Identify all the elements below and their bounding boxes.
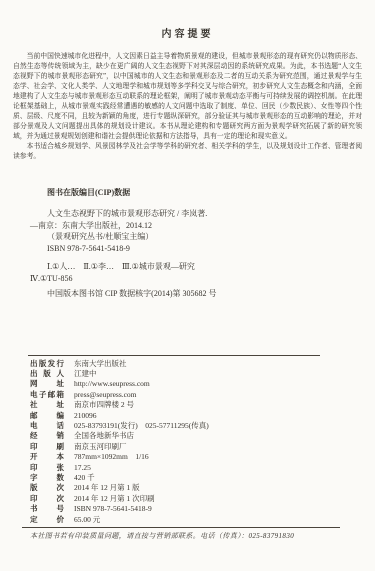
row-label: 字数 xyxy=(30,473,64,483)
row-value: 全国各地新华书店 xyxy=(74,431,134,440)
row-value: 025-83793191(发行) 025-57711295(传真) xyxy=(74,421,209,430)
cip-title-line: 人文生态视野下的城市景观形态研究 / 李岚著. xyxy=(30,208,355,220)
row-value: 17.25 xyxy=(74,463,91,472)
cip-classification-line: Ⅰ.①人… Ⅱ.①李… Ⅲ.①城市景观—研究 xyxy=(30,261,355,273)
colophon-row-distribution: 经销全国各地新华书店 xyxy=(30,431,375,441)
row-label: 开本 xyxy=(30,452,64,462)
cip-isbn-line: ISBN 978-7-5641-5418-9 xyxy=(30,243,355,255)
row-value: http://www.seupress.com xyxy=(74,379,150,388)
colophon-row-publisher-person: 出版人江建中 xyxy=(30,369,375,379)
colophon-row-format: 开本787mm×1092mm 1/16 xyxy=(30,452,375,462)
row-value: 210096 xyxy=(74,411,97,420)
colophon-top-rule xyxy=(28,355,320,356)
row-label: 印张 xyxy=(30,463,64,473)
row-value: ISBN 978-7-5641-5418-9 xyxy=(74,504,152,513)
row-label: 书号 xyxy=(30,504,64,514)
row-label: 出版人 xyxy=(30,369,64,379)
row-label: 出版发行 xyxy=(30,359,64,369)
row-label: 邮编 xyxy=(30,411,64,421)
abstract-body: 当前中国快速城市化进程中，人文因素日益主导着物质景观的建设，但城市景观形态的现有… xyxy=(13,52,362,162)
colophon-row-price: 定价65.00 元 xyxy=(30,515,375,525)
quality-note: 本社图书若有印装质量问题，请直接与营销部联系。电话（传真）：025-837918… xyxy=(30,531,375,541)
cip-series-line: （景观研究丛书/杜顺宝主编） xyxy=(30,231,355,243)
cip-block: 图书在版编目(CIP)数据 人文生态视野下的城市景观形态研究 / 李岚著. —南… xyxy=(30,187,355,300)
colophon-row-publisher: 出版发行东南大学出版社 xyxy=(30,359,375,369)
row-value: press@seupress.com xyxy=(74,390,137,399)
abstract-paragraph-1: 当前中国快速城市化进程中，人文因素日益主导着物质景观的建设，但城市景观形态的现有… xyxy=(13,52,362,142)
row-label: 印次 xyxy=(30,494,64,504)
row-label: 社址 xyxy=(30,400,64,410)
row-value: 787mm×1092mm 1/16 xyxy=(74,452,149,461)
row-value: 2014 年 12 月第 1 版 xyxy=(74,483,140,492)
row-label: 版次 xyxy=(30,483,64,493)
colophon-row-printing: 印次2014 年 12 月第 1 次印刷 xyxy=(30,494,375,504)
abstract-title: 内容提要 xyxy=(0,29,375,41)
row-value: 南京玉河印刷厂 xyxy=(74,442,127,451)
row-label: 经销 xyxy=(30,431,64,441)
colophon-row-phone: 电话025-83793191(发行) 025-57711295(传真) xyxy=(30,421,375,431)
row-value: 65.00 元 xyxy=(74,515,100,524)
cip-class-group: Ⅰ.①人… Ⅱ.①李… Ⅲ.①城市景观—研究 Ⅳ.①TU-856 xyxy=(30,261,355,284)
colophon-row-edition: 版次2014 年 12 月第 1 版 xyxy=(30,483,375,493)
row-value: 南京市四牌楼 2 号 xyxy=(74,400,134,409)
row-label: 定价 xyxy=(30,515,64,525)
row-label: 电话 xyxy=(30,421,64,431)
abstract-paragraph-2: 本书适合城乡规划学、风景园林学及社会学等学科的研究者、相关学科的学生，以及规划设… xyxy=(13,142,362,162)
colophon-row-isbn: 书号ISBN 978-7-5641-5418-9 xyxy=(30,504,375,514)
cip-record-line: 中国版本图书馆 CIP 数据核字(2014)第 305682 号 xyxy=(30,288,355,300)
colophon-row-email: 电子邮箱press@seupress.com xyxy=(30,390,375,400)
row-label: 网址 xyxy=(30,379,64,389)
colophon-row-sheets: 印张17.25 xyxy=(30,463,375,473)
cip-title-group: 人文生态视野下的城市景观形态研究 / 李岚著. —南京：东南大学出版社，2014… xyxy=(30,208,355,254)
colophon-row-address: 社址南京市四牌楼 2 号 xyxy=(30,400,375,410)
row-value: 420 千 xyxy=(74,473,95,482)
row-label: 印刷 xyxy=(30,442,64,452)
colophon-table: 出版发行东南大学出版社 出版人江建中 网址http://www.seupress… xyxy=(30,359,375,526)
copyright-page: 内容提要 当前中国快速城市化进程中，人文因素日益主导着物质景观的建设，但城市景观… xyxy=(0,0,375,571)
colophon-row-printer: 印刷南京玉河印刷厂 xyxy=(30,442,375,452)
row-label: 电子邮箱 xyxy=(30,390,64,400)
row-value: 江建中 xyxy=(74,369,97,378)
cip-publisher-line: —南京：东南大学出版社，2014.12 xyxy=(30,220,355,232)
row-value: 东南大学出版社 xyxy=(74,359,127,368)
cip-class-number-line: Ⅳ.①TU-856 xyxy=(30,273,355,285)
colophon-row-wordcount: 字数420 千 xyxy=(30,473,375,483)
footer-rule xyxy=(22,527,340,528)
cip-heading: 图书在版编目(CIP)数据 xyxy=(30,187,355,198)
row-value: 2014 年 12 月第 1 次印刷 xyxy=(74,494,155,503)
colophon-row-website: 网址http://www.seupress.com xyxy=(30,379,375,389)
colophon-row-postcode: 邮编210096 xyxy=(30,411,375,421)
